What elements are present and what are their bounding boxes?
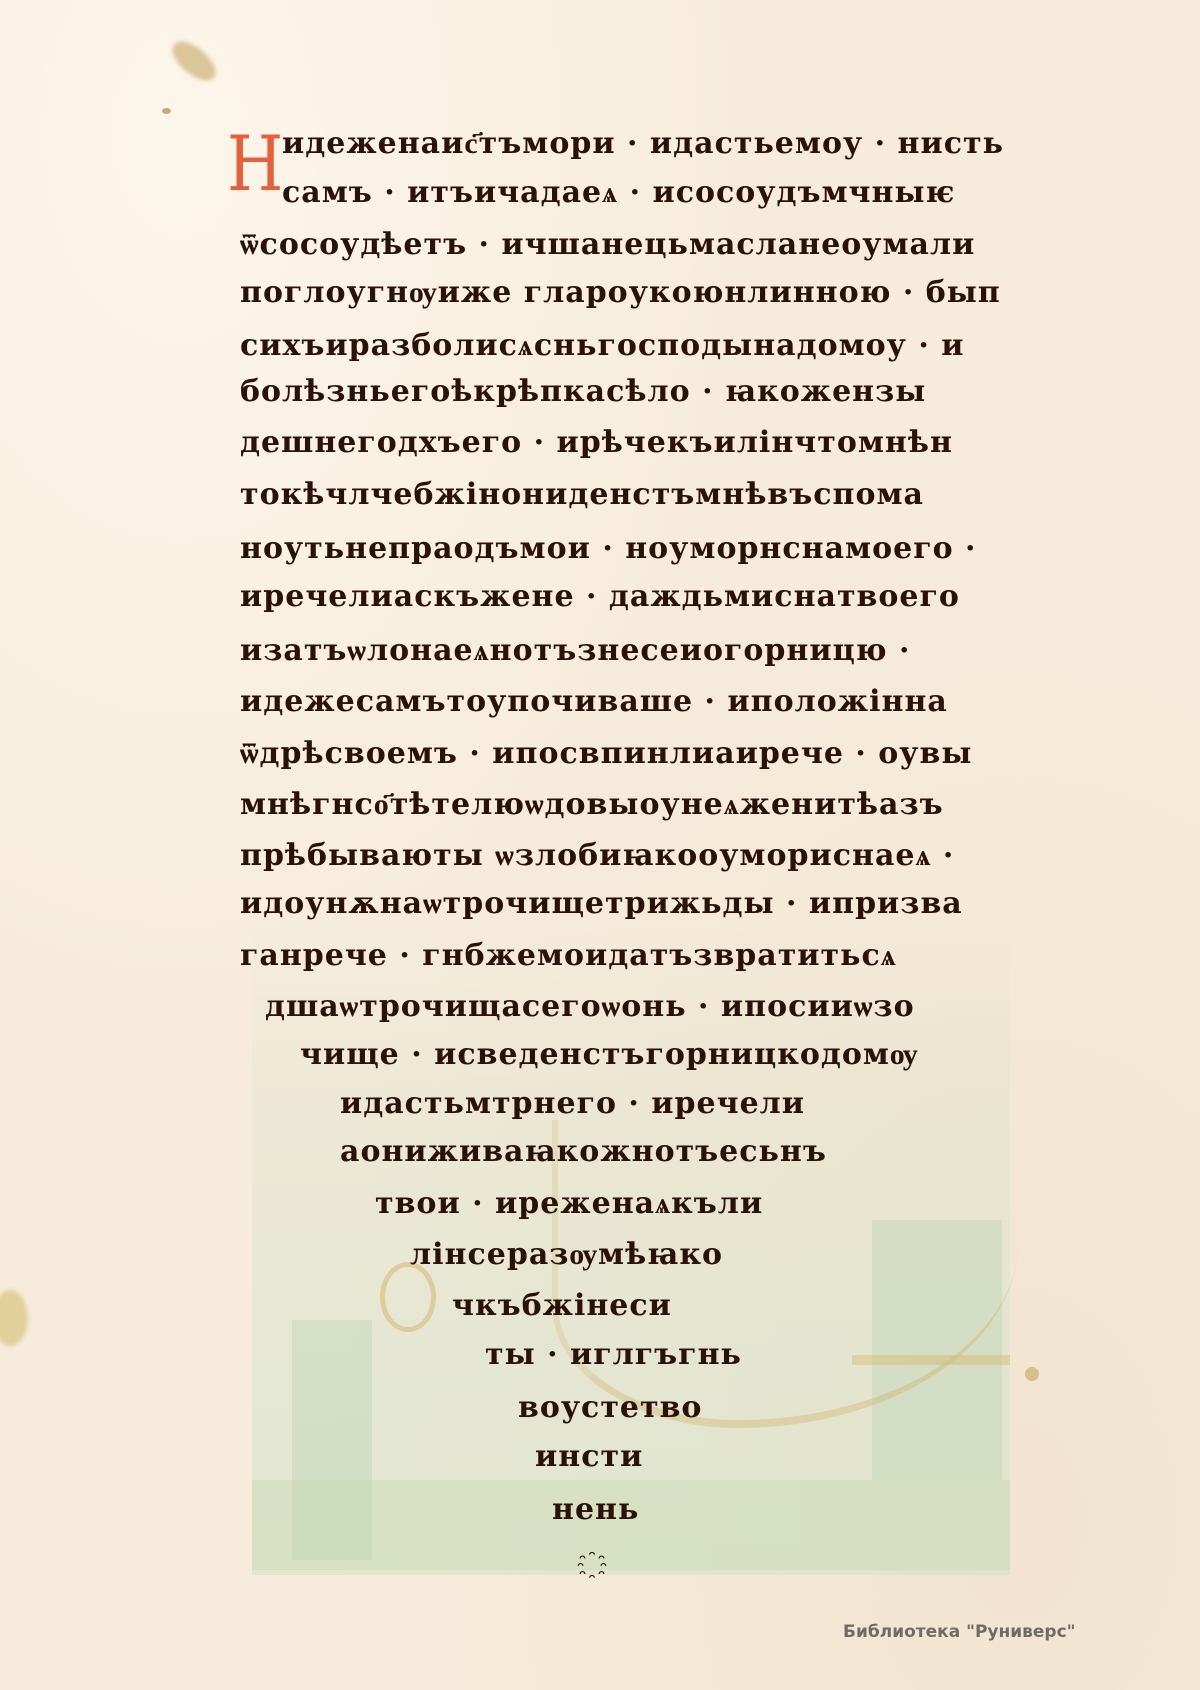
text-line: идоунѫнаѡтрочищетрижьды · ипризва [240, 884, 963, 924]
text-line: дешнегодхъего · ирѣчекъилінчтомнѣн [240, 423, 953, 463]
text-line: сихъиразболисѧсньгосподынадомоу · и [240, 326, 964, 366]
text-line: воустетво [518, 1388, 702, 1428]
text-line: изатъѡлонаеѧнотъзнесеиогорницю · [240, 631, 910, 671]
text-line: болѣзньегоѣкрѣпкасѣло · ꙗкожензы [240, 372, 926, 412]
text-line: идеженаис҃тъмори · идастьемоу · нисть [282, 124, 1022, 164]
text-line: твои · иреженаѧкъли [375, 1184, 763, 1224]
text-line: мнѣгнсо҃тѣтелюѡдовыоунеѧженитѣазъ [240, 785, 944, 825]
text-line: идастьмтрнего · иречели [340, 1084, 805, 1124]
text-line: ты · иглгъгнь [485, 1335, 742, 1375]
text-line: ноутьнепраодъмои · ноуморнснамоего · [240, 529, 977, 569]
text-line: инсти [535, 1437, 643, 1477]
text-line: ѿсосоудѣетъ · ичшанецьмасланеоумали [240, 225, 975, 265]
red-initial-letter: Н [227, 126, 283, 202]
text-line: аониживаꙗкожнотъесьнъ [340, 1132, 827, 1172]
manuscript-page: Н идеженаис҃тъмори · идастьемоу · нисть … [0, 0, 1200, 1690]
library-watermark: Библиотека "Руниверс" [843, 1622, 1076, 1642]
text-line: ганрече · гнбжемоидатъзвратитьсѧ [240, 936, 897, 976]
text-line: иречелиаскъжене · даждьмиснатвоего [240, 577, 960, 617]
text-line: чище · исведенстъгорницкодомѹ [300, 1035, 919, 1075]
text-line: дшаѡтрочищасегоѡонь · ипосииѡзо [265, 987, 915, 1027]
text-line: поглоугнѹиже глароукоюнлинною · бып [240, 273, 1001, 313]
text-line: прѣбываюты ѡзлобиꙗкооумориснаеѧ · [240, 836, 954, 876]
text-line: самъ · итъичадаеѧ · исосоудъмчныѥ [282, 173, 955, 213]
text-line: нень [552, 1490, 639, 1530]
text-line: идежесамътоупочиваше · иположінна [240, 682, 948, 722]
text-line: чкъбжінеси [452, 1286, 672, 1326]
text-line: токѣчлчебжінониденстъмнѣвъспома [240, 475, 924, 515]
text-line: ѿдрѣсвоемъ · ипосвпинлиаирече · оувы [240, 734, 972, 774]
text-line: лінсеразѹмѣꙗко [410, 1235, 723, 1275]
manuscript-text: Н идеженаис҃тъмори · идастьемоу · нисть … [0, 0, 1200, 1600]
